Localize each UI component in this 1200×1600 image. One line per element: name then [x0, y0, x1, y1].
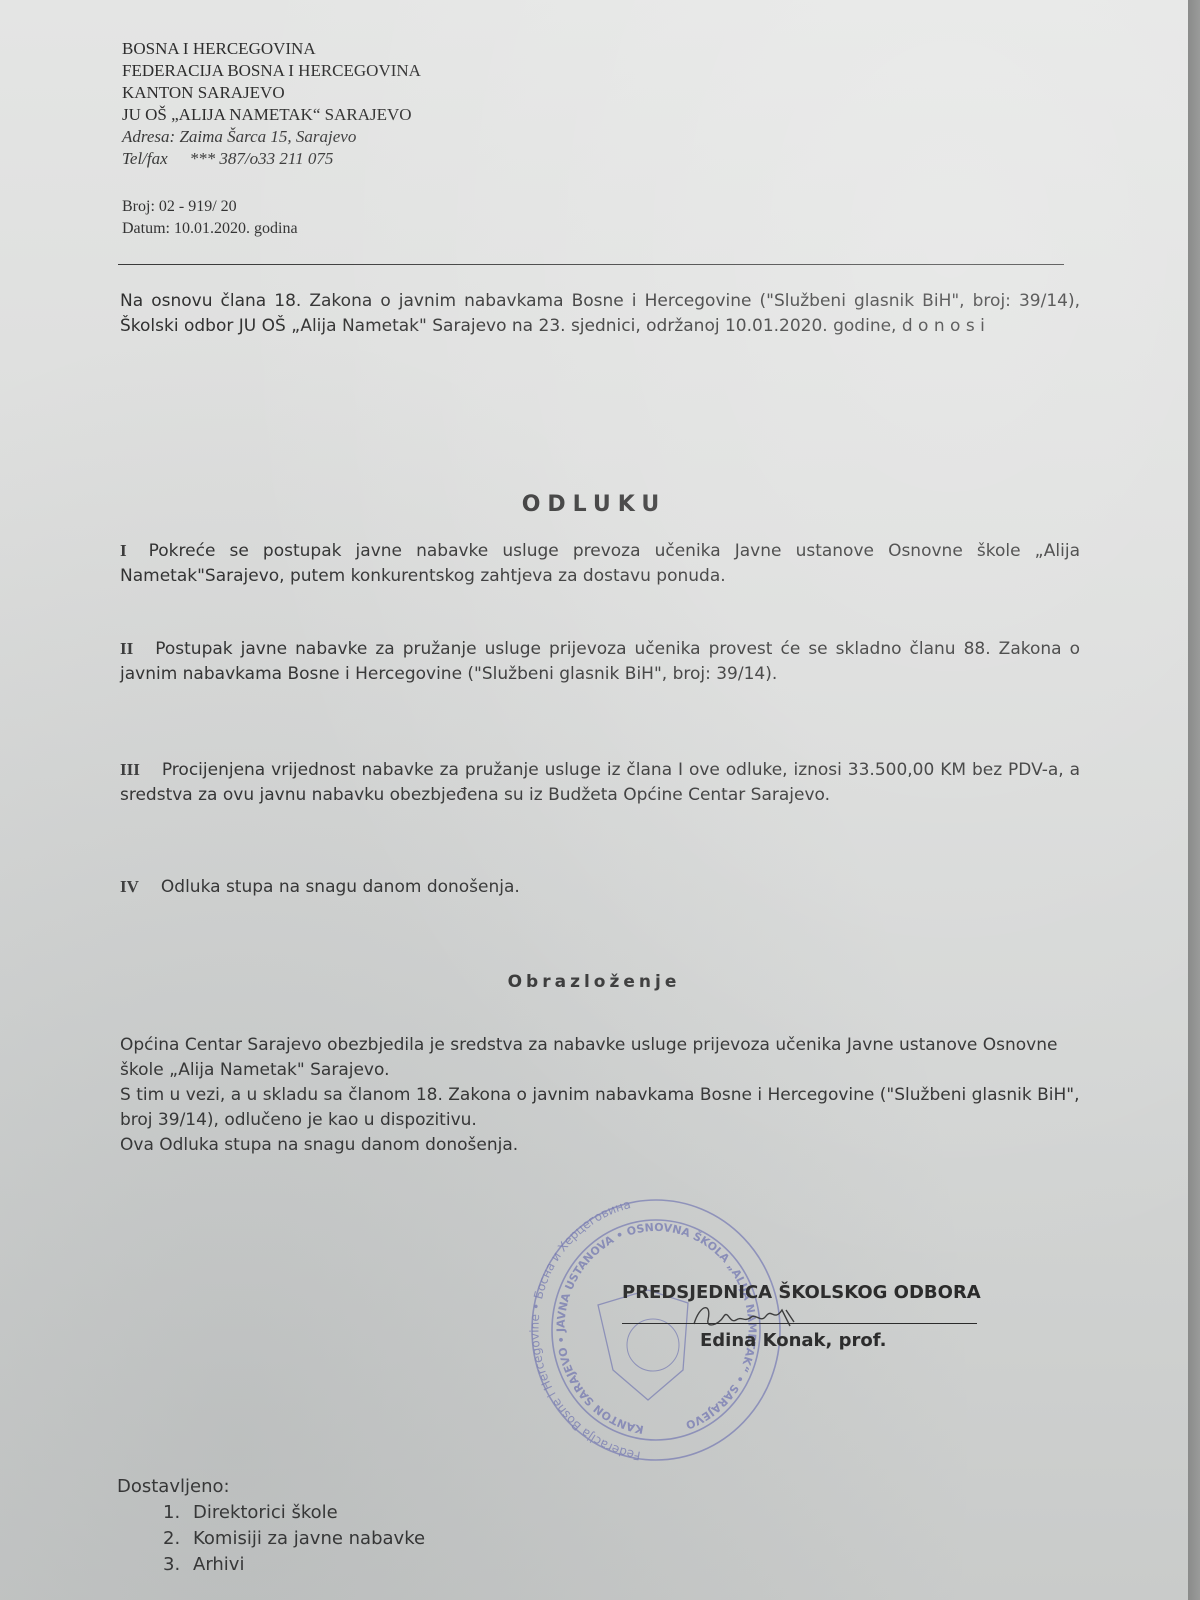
explanation-body: Općina Centar Sarajevo obezbjedila je sr…	[120, 1033, 1080, 1158]
article-number: II	[120, 639, 133, 658]
explanation-line: Općina Centar Sarajevo obezbjedila je sr…	[120, 1033, 1080, 1083]
signature-line	[622, 1323, 977, 1324]
page-edge-background	[1188, 0, 1200, 1600]
article-4: IVOdluka stupa na snagu danom donošenja.	[120, 874, 1080, 900]
article-number: I	[120, 541, 127, 560]
reference-number: Broj: 02 - 919/ 20	[122, 196, 298, 218]
distribution-list: Dostavljeno: 1.Direktorici škole 2.Komis…	[117, 1474, 425, 1578]
list-item: 2.Komisiji za javne nabavke	[151, 1526, 425, 1552]
explanation-line: S tim u vezi, a u skladu sa članom 18. Z…	[120, 1083, 1080, 1133]
article-number: IV	[120, 877, 139, 896]
address: Adresa: Zaima Šarca 15, Sarajevo	[122, 126, 421, 148]
reference-block: Broj: 02 - 919/ 20 Datum: 10.01.2020. go…	[122, 196, 298, 240]
article-text: Procijenjena vrijednost nabavke za pruža…	[120, 760, 1080, 805]
letterhead-line: BOSNA I HERCEGOVINA	[122, 38, 421, 60]
letterhead: BOSNA I HERCEGOVINA FEDERACIJA BOSNA I H…	[122, 38, 421, 170]
signatory-name: Edina Konak, prof.	[700, 1330, 886, 1351]
list-item: 1.Direktorici škole	[151, 1500, 425, 1526]
article-text: Odluka stupa na snagu danom donošenja.	[161, 877, 520, 897]
article-2: IIPostupak javne nabavke za pružanje usl…	[120, 636, 1080, 687]
letterhead-line: JU OŠ „ALIJA NAMETAK“ SARAJEVO	[122, 104, 421, 126]
reference-date: Datum: 10.01.2020. godina	[122, 218, 298, 240]
letterhead-line: KANTON SARAJEVO	[122, 82, 421, 104]
intro-paragraph: Na osnovu člana 18. Zakona o javnim naba…	[120, 289, 1080, 339]
explanation-line: Ova Odluka stupa na snagu danom donošenj…	[120, 1133, 1080, 1158]
explanation-title: Obrazloženje	[0, 972, 1188, 992]
header-divider	[118, 264, 1064, 265]
tel-label: Tel/fax	[122, 149, 168, 168]
article-1: IPokreće se postupak javne nabavke uslug…	[120, 538, 1080, 589]
handwritten-signature	[690, 1298, 810, 1332]
tel-value: *** 387/o33 211 075	[190, 149, 334, 168]
article-text: Pokreće se postupak javne nabavke usluge…	[120, 541, 1080, 586]
tel-fax: Tel/fax*** 387/o33 211 075	[122, 148, 421, 170]
list-item: 3.Arhivi	[151, 1552, 425, 1578]
distribution-label: Dostavljeno:	[117, 1474, 425, 1500]
article-3: IIIProcijenjena vrijednost nabavke za pr…	[120, 757, 1080, 808]
document-title: ODLUKU	[0, 492, 1188, 517]
letterhead-line: FEDERACIJA BOSNA I HERCEGOVINA	[122, 60, 421, 82]
document-page: BOSNA I HERCEGOVINA FEDERACIJA BOSNA I H…	[0, 0, 1188, 1600]
article-text: Postupak javne nabavke za pružanje uslug…	[120, 639, 1080, 684]
article-number: III	[120, 760, 140, 779]
